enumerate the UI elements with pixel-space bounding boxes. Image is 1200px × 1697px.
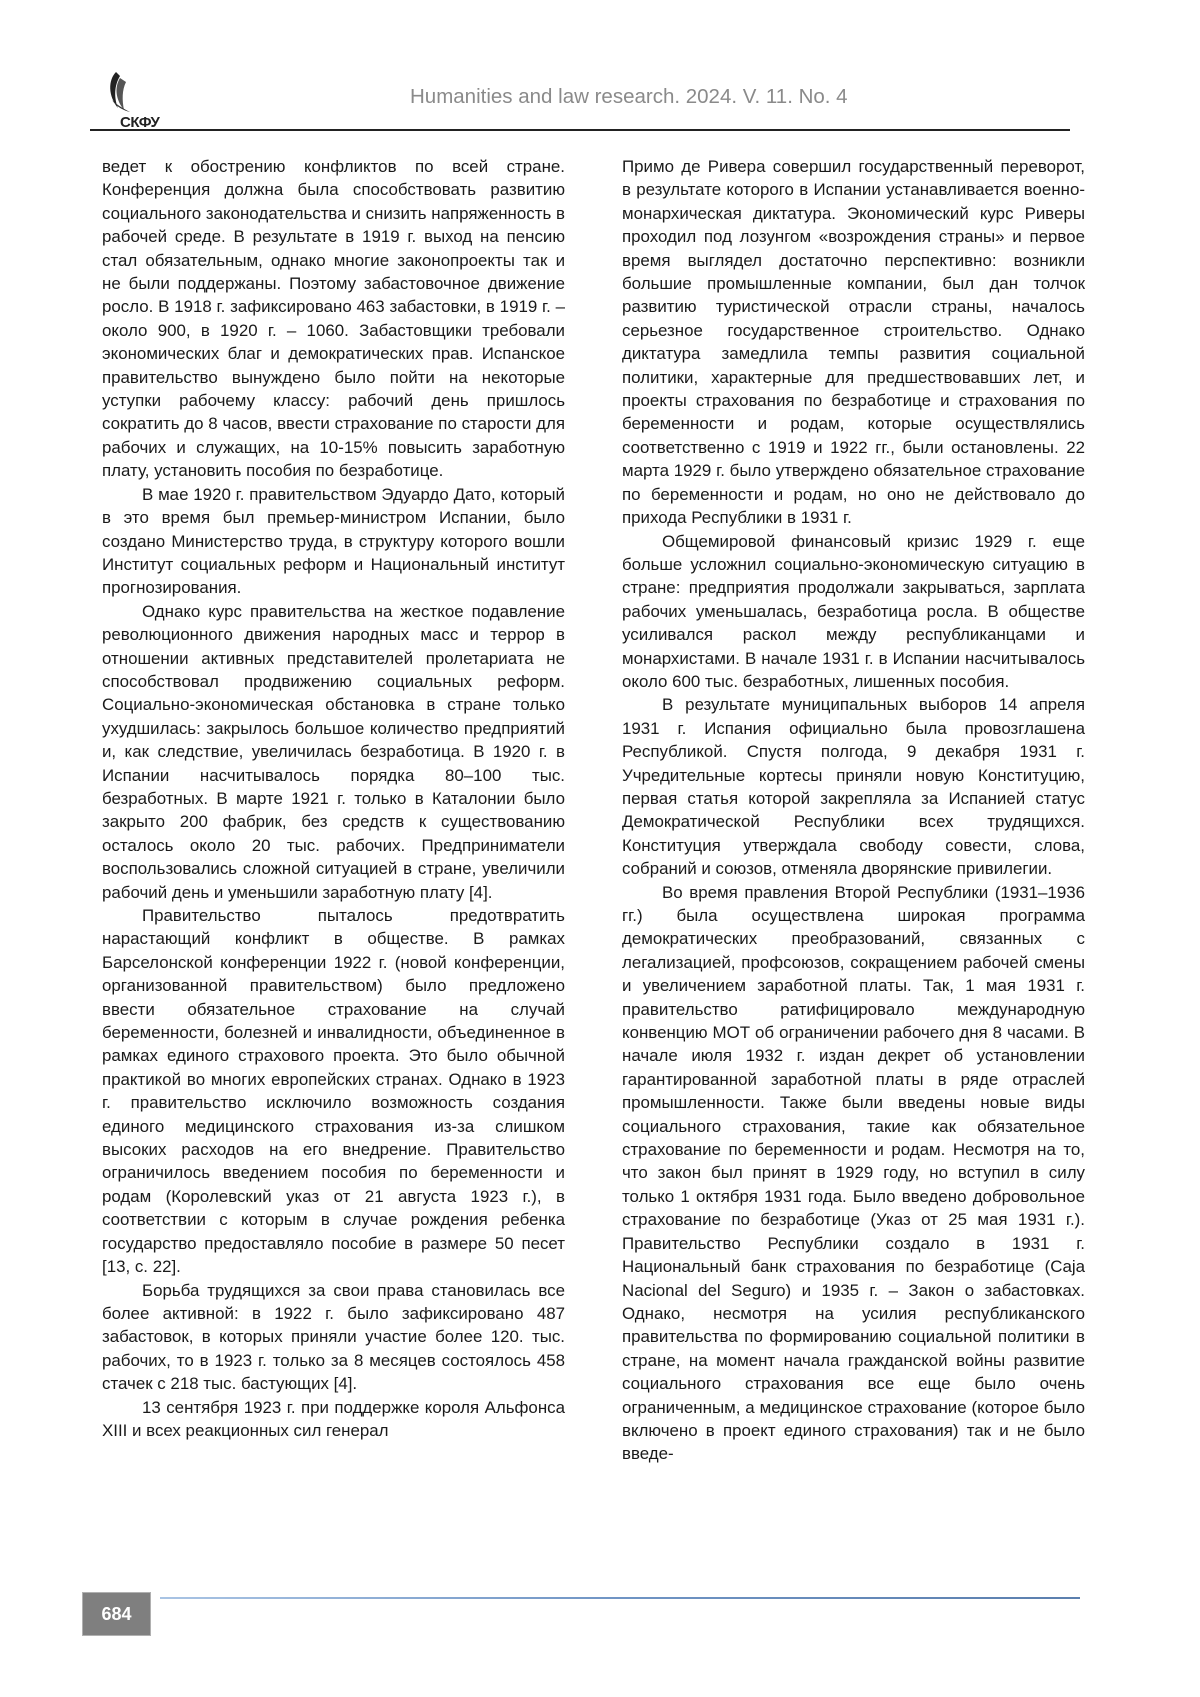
footer-divider — [160, 1597, 1080, 1599]
paragraph: 13 сентября 1923 г. при поддержке короля… — [102, 1396, 565, 1443]
paragraph: ведет к обострению конфликтов по всей ст… — [102, 155, 565, 483]
paragraph: Борьба трудящихся за свои права становил… — [102, 1279, 565, 1396]
university-logo: СКФУ — [102, 70, 172, 130]
paragraph: Во время правления Второй Республики (19… — [622, 881, 1085, 1466]
journal-title: Humanities and law research. 2024. V. 11… — [410, 85, 848, 109]
paragraph: Однако курс правительства на жесткое под… — [102, 600, 565, 904]
paragraph: Примо де Ривера совершил государственный… — [622, 155, 1085, 530]
header-divider — [90, 129, 1070, 131]
paragraph: Правительство пыталось предотвратить нар… — [102, 904, 565, 1279]
page-header: СКФУ Humanities and law research. 2024. … — [90, 60, 1070, 132]
right-column: Примо де Ривера совершил государственный… — [622, 155, 1085, 1466]
paragraph: В мае 1920 г. правительством Эдуардо Дат… — [102, 483, 565, 600]
wing-icon — [102, 70, 142, 118]
paragraph: Общемировой финансовый кризис 1929 г. ещ… — [622, 530, 1085, 694]
left-column: ведет к обострению конфликтов по всей ст… — [102, 155, 565, 1442]
paragraph: В результате муниципальных выборов 14 ап… — [622, 693, 1085, 880]
page-number: 684 — [82, 1592, 151, 1636]
